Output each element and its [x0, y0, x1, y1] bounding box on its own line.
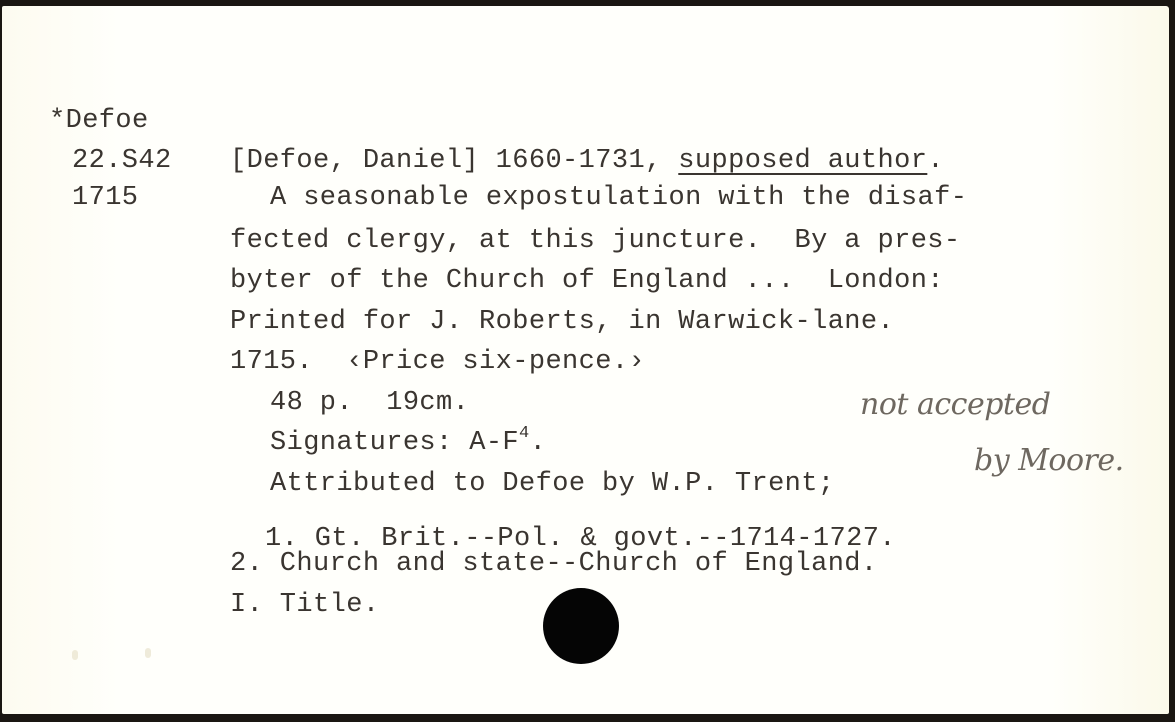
- signatures-suffix: .: [530, 428, 547, 458]
- call-number-line-1: *Defoe: [49, 108, 149, 135]
- added-entry-title: I. Title.: [230, 592, 379, 619]
- title-line-3: byter of the Church of England ... Londo…: [230, 268, 944, 295]
- date-price-line: 1715. ‹Price six-pence.›: [230, 349, 645, 376]
- title-line-2: fected clergy, at this juncture. By a pr…: [230, 228, 961, 255]
- signatures-text: Signatures: A-F: [270, 428, 519, 458]
- author-heading: [Defoe, Daniel] 1660-1731, supposed auth…: [230, 148, 944, 175]
- imprint-line: Printed for J. Roberts, in Warwick-lane.: [230, 309, 894, 336]
- author-heading-suffix: .: [927, 146, 944, 176]
- attribution-note: Attributed to Defoe by W.P. Trent;: [270, 471, 835, 498]
- call-number-line-3: 1715: [72, 185, 138, 212]
- author-heading-qualifier: supposed author: [678, 146, 927, 176]
- collation: 48 p. 19cm.: [270, 390, 469, 417]
- smudge-mark: [145, 648, 151, 658]
- title-line-1: A seasonable expostulation with the disa…: [270, 185, 967, 212]
- subject-tracing-2: 2. Church and state--Church of England.: [230, 551, 878, 578]
- call-number-line-2: 22.S42: [72, 148, 172, 175]
- handwritten-note-line-1: not accepted: [860, 390, 1050, 420]
- signatures-note: Signatures: A-F4.: [270, 430, 546, 457]
- author-heading-prefix: [Defoe, Daniel] 1660-1731,: [230, 146, 678, 176]
- smudge-mark: [72, 650, 78, 660]
- catalog-card: *Defoe 22.S42 1715 [Defoe, Daniel] 1660-…: [2, 6, 1169, 714]
- handwritten-note-line-2: by Moore.: [974, 446, 1124, 476]
- card-punch-hole: [543, 588, 619, 664]
- signatures-superscript: 4: [519, 424, 530, 443]
